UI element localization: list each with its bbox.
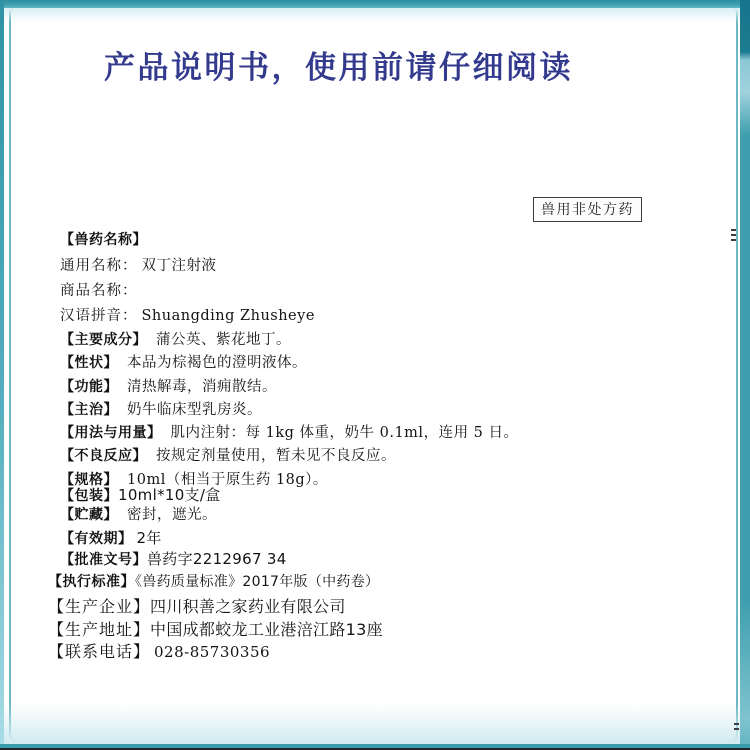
field-standard: 【执行标准】《兽药质量标准》2017年版（中药卷） xyxy=(48,571,379,591)
frame-left-band xyxy=(0,0,4,750)
field-main-ingredients: 【主要成分】蒲公英、紫花地丁。 xyxy=(60,328,291,349)
field-function: 【功能】清热解毒，消痈散结。 xyxy=(60,375,277,396)
field-value: 2年 xyxy=(137,529,162,547)
field-label: 商品名称： xyxy=(60,283,138,299)
field-value: 本品为棕褐色的澄明液体。 xyxy=(127,355,307,371)
field-value: 按规定剂量使用，暂未见不良反应。 xyxy=(156,448,396,464)
frame-bottom-fade xyxy=(4,704,740,744)
field-label: 【包装】 xyxy=(60,488,118,504)
field-label: 【性状】 xyxy=(60,355,118,371)
field-label: 【兽药名称】 xyxy=(60,232,147,248)
field-label: 【联系电话】 xyxy=(48,642,150,661)
field-dosage: 【用法与用量】肌内注射：每 1kg 体重，奶牛 0.1ml，连用 5 日。 xyxy=(60,421,519,442)
page-title: 产品说明书，使用前请仔细阅读 xyxy=(104,42,573,87)
field-value: 双丁注射液 xyxy=(142,258,217,274)
field-value: 清热解毒，消痈散结。 xyxy=(127,379,277,395)
field-value: 蒲公英、紫花地丁。 xyxy=(156,332,291,348)
field-label: 通用名称： xyxy=(60,258,138,274)
field-value: 奶牛临床型乳房炎。 xyxy=(127,402,262,418)
field-label: 【贮藏】 xyxy=(60,507,118,523)
field-label: 【不良反应】 xyxy=(60,448,147,464)
field-value: Shuangding Zhusheye xyxy=(142,308,315,324)
field-indication: 【主治】奶牛临床型乳房炎。 xyxy=(60,398,262,419)
field-label: 【主治】 xyxy=(60,402,118,418)
otc-badge: 兽用非处方药 xyxy=(533,197,642,222)
field-value: 10ml*10支/盒 xyxy=(118,486,221,504)
field-label: 【用法与用量】 xyxy=(60,425,162,441)
frame-top-fade xyxy=(4,8,746,24)
field-value: 密封，遮光。 xyxy=(127,507,217,523)
field-value: 肌内注射：每 1kg 体重，奶牛 0.1ml，连用 5 日。 xyxy=(171,425,519,441)
field-value: 兽药字2212967 34 xyxy=(147,550,287,568)
field-packaging: 【包装】10ml*10支/盒 xyxy=(60,484,221,505)
field-label: 【批准文号】 xyxy=(60,552,147,568)
field-label: 汉语拼音： xyxy=(60,308,138,324)
field-drug-name-header: 【兽药名称】 xyxy=(60,229,147,249)
edge-mark xyxy=(734,720,739,733)
frame-right-band xyxy=(740,0,750,750)
field-value: 四川积善之家药业有限公司 xyxy=(150,597,346,616)
field-address: 【生产地址】中国成都蛟龙工业港涪江路13座 xyxy=(48,617,383,640)
field-value: 中国成都蛟龙工业港涪江路13座 xyxy=(150,620,383,639)
frame-top-band xyxy=(0,0,750,8)
field-manufacturer: 【生产企业】四川积善之家药业有限公司 xyxy=(48,594,346,617)
field-value: 028-85730356 xyxy=(154,643,270,661)
field-label: 【生产地址】 xyxy=(48,620,150,639)
field-label: 【生产企业】 xyxy=(48,597,150,616)
field-adverse-reactions: 【不良反应】按规定剂量使用，暂未见不良反应。 xyxy=(60,444,396,465)
field-label: 【主要成分】 xyxy=(60,332,147,348)
field-phone: 【联系电话】028-85730356 xyxy=(48,639,270,662)
field-value: 《兽药质量标准》2017年版（中药卷） xyxy=(135,574,379,590)
field-shelf-life: 【有效期】2年 xyxy=(60,527,162,548)
field-generic-name: 通用名称：双丁注射液 xyxy=(60,254,217,275)
field-label: 【功能】 xyxy=(60,379,118,395)
field-trade-name: 商品名称： xyxy=(60,279,138,300)
field-approval-number: 【批准文号】兽药字2212967 34 xyxy=(60,548,287,569)
field-description: 【性状】本品为棕褐色的澄明液体。 xyxy=(60,351,307,372)
edge-mark xyxy=(731,226,736,244)
field-label: 【有效期】 xyxy=(60,531,133,547)
field-label: 【执行标准】 xyxy=(48,574,135,590)
field-pinyin: 汉语拼音：Shuangding Zhusheye xyxy=(60,304,315,325)
field-storage: 【贮藏】密封，遮光。 xyxy=(60,503,217,524)
